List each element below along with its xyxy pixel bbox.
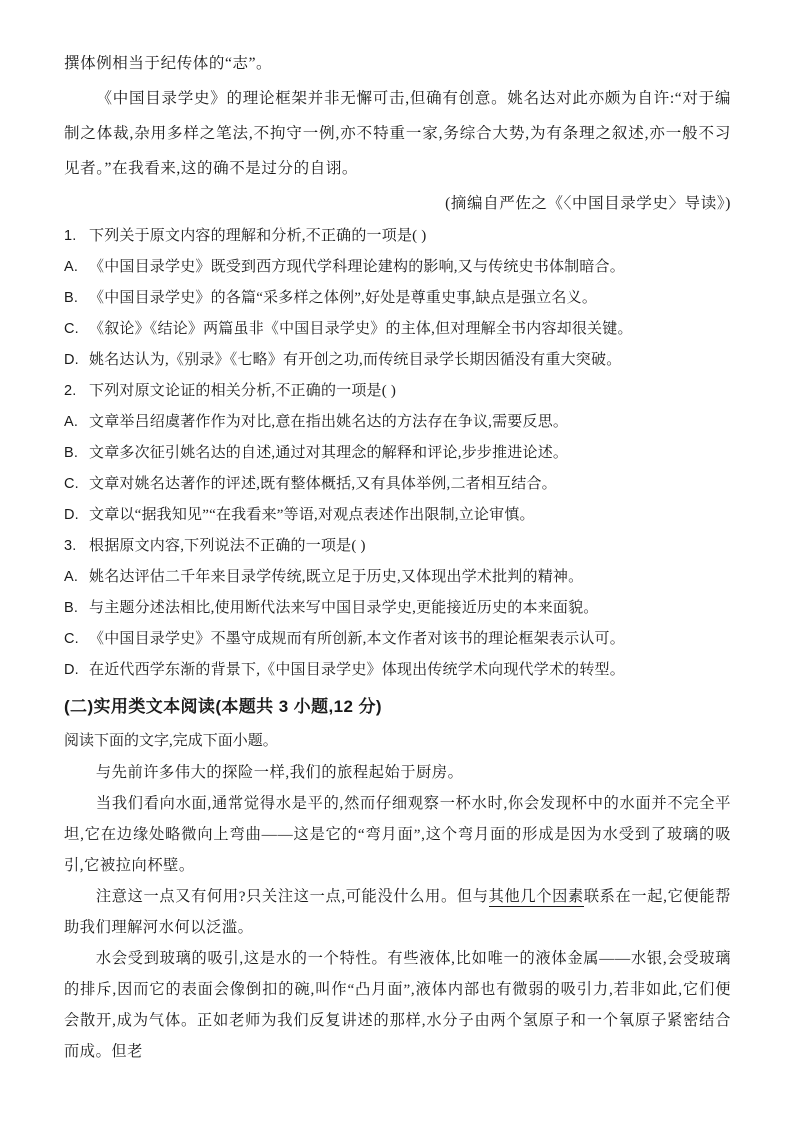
option-text: 文章举吕绍虞著作作为对比,意在指出姚名达的方法存在争议,需要反思。 <box>89 407 731 438</box>
option-text: 《中国目录学史》不墨守成规而有所创新,本文作者对该书的理论框架表示认可。 <box>89 624 731 655</box>
question-number: 2. <box>64 376 89 407</box>
question-3-option-d: D. 在近代西学东渐的背景下,《中国目录学史》体现出传统学术向现代学术的转型。 <box>64 655 731 686</box>
question-3-stem: 3. 根据原文内容,下列说法不正确的一项是( ) <box>64 531 731 562</box>
question-1-option-d: D. 姚名达认为,《别录》《七略》有开创之功,而传统目录学长期因循没有重大突破。 <box>64 345 731 376</box>
question-3-option-b: B. 与主题分述法相比,使用断代法来写中国目录学史,更能接近历史的本来面貌。 <box>64 593 731 624</box>
option-label: D. <box>64 500 89 531</box>
option-text: 《叙论》《结论》两篇虽非《中国目录学史》的主体,但对理解全书内容却很关键。 <box>89 314 731 345</box>
option-label: D. <box>64 345 89 376</box>
question-1-option-b: B. 《中国目录学史》的各篇“采多样之体例”,好处是尊重史事,缺点是强立名义。 <box>64 283 731 314</box>
question-2-stem: 2. 下列对原文论证的相关分析,不正确的一项是( ) <box>64 376 731 407</box>
option-text: 文章多次征引姚名达的自述,通过对其理念的解释和评论,步步推进论述。 <box>89 438 731 469</box>
option-label: A. <box>64 407 89 438</box>
option-text: 与主题分述法相比,使用断代法来写中国目录学史,更能接近历史的本来面貌。 <box>89 593 731 624</box>
section-two: (二)实用类文本阅读(本题共 3 小题,12 分) 阅读下面的文字,完成下面小题… <box>64 688 731 1067</box>
question-3-option-a: A. 姚名达评估二千年来目录学传统,既立足于历史,又体现出学术批判的精神。 <box>64 562 731 593</box>
quote-paragraph: 《中国目录学史》的理论框架并非无懈可击,但确有创意。姚名达对此亦颇为自许:“对于… <box>64 81 731 186</box>
option-text: 《中国目录学史》既受到西方现代学科理论建构的影响,又与传统史书体制暗合。 <box>89 252 731 283</box>
option-label: A. <box>64 252 89 283</box>
question-2-option-b: B. 文章多次征引姚名达的自述,通过对其理念的解释和评论,步步推进论述。 <box>64 438 731 469</box>
question-number: 1. <box>64 221 89 252</box>
option-label: C. <box>64 624 89 655</box>
question-2: 2. 下列对原文论证的相关分析,不正确的一项是( ) A. 文章举吕绍虞著作作为… <box>64 376 731 531</box>
option-text: 在近代西学东渐的背景下,《中国目录学史》体现出传统学术向现代学术的转型。 <box>89 655 731 686</box>
option-label: B. <box>64 283 89 314</box>
question-3: 3. 根据原文内容,下列说法不正确的一项是( ) A. 姚名达评估二千年来目录学… <box>64 531 731 686</box>
passage-paragraph-1: 与先前许多伟大的探险一样,我们的旅程起始于厨房。 <box>64 757 731 788</box>
question-1-stem: 1. 下列关于原文内容的理解和分析,不正确的一项是( ) <box>64 221 731 252</box>
paragraph-3-before: 注意这一点又有何用?只关注这一点,可能没什么用。但与 <box>96 888 489 905</box>
option-label: D. <box>64 655 89 686</box>
question-3-option-c: C. 《中国目录学史》不墨守成规而有所创新,本文作者对该书的理论框架表示认可。 <box>64 624 731 655</box>
option-text: 姚名达评估二千年来目录学传统,既立足于历史,又体现出学术批判的精神。 <box>89 562 731 593</box>
question-2-option-d: D. 文章以“据我知见”“在我看来”等语,对观点表述作出限制,立论审慎。 <box>64 500 731 531</box>
section-heading: (二)实用类文本阅读(本题共 3 小题,12 分) <box>64 688 731 726</box>
question-1: 1. 下列关于原文内容的理解和分析,不正确的一项是( ) A. 《中国目录学史》… <box>64 221 731 376</box>
option-label: C. <box>64 314 89 345</box>
underlined-phrase: 其他几个因素 <box>489 888 584 907</box>
passage-continuation-line: 撰体例相当于纪传体的“志”。 <box>64 46 731 81</box>
option-label: B. <box>64 593 89 624</box>
question-number: 3. <box>64 531 89 562</box>
passage-paragraph-3: 注意这一点又有何用?只关注这一点,可能没什么用。但与其他几个因素联系在一起,它便… <box>64 881 731 943</box>
passage-two: 与先前许多伟大的探险一样,我们的旅程起始于厨房。 当我们看向水面,通常觉得水是平… <box>64 757 731 1067</box>
passage-one-tail: 撰体例相当于纪传体的“志”。 《中国目录学史》的理论框架并非无懈可击,但确有创意… <box>64 46 731 221</box>
option-label: B. <box>64 438 89 469</box>
source-attribution: (摘编自严佐之《〈中国目录学史〉导读》) <box>64 186 731 221</box>
option-text: 《中国目录学史》的各篇“采多样之体例”,好处是尊重史事,缺点是强立名义。 <box>89 283 731 314</box>
question-2-option-a: A. 文章举吕绍虞著作作为对比,意在指出姚名达的方法存在争议,需要反思。 <box>64 407 731 438</box>
option-label: A. <box>64 562 89 593</box>
question-stem-text: 下列关于原文内容的理解和分析,不正确的一项是( ) <box>89 221 731 252</box>
exam-page: 撰体例相当于纪传体的“志”。 《中国目录学史》的理论框架并非无懈可击,但确有创意… <box>0 0 793 1122</box>
question-2-option-c: C. 文章对姚名达著作的评述,既有整体概括,又有具体举例,二者相互结合。 <box>64 469 731 500</box>
question-stem-text: 下列对原文论证的相关分析,不正确的一项是( ) <box>89 376 731 407</box>
question-1-option-c: C. 《叙论》《结论》两篇虽非《中国目录学史》的主体,但对理解全书内容却很关键。 <box>64 314 731 345</box>
passage-paragraph-4: 水会受到玻璃的吸引,这是水的一个特性。有些液体,比如唯一的液体金属——水银,会受… <box>64 943 731 1067</box>
option-text: 文章对姚名达著作的评述,既有整体概括,又有具体举例,二者相互结合。 <box>89 469 731 500</box>
reading-instruction: 阅读下面的文字,完成下面小题。 <box>64 726 731 757</box>
passage-paragraph-2: 当我们看向水面,通常觉得水是平的,然而仔细观察一杯水时,你会发现杯中的水面并不完… <box>64 788 731 881</box>
question-stem-text: 根据原文内容,下列说法不正确的一项是( ) <box>89 531 731 562</box>
option-text: 姚名达认为,《别录》《七略》有开创之功,而传统目录学长期因循没有重大突破。 <box>89 345 731 376</box>
question-1-option-a: A. 《中国目录学史》既受到西方现代学科理论建构的影响,又与传统史书体制暗合。 <box>64 252 731 283</box>
option-label: C. <box>64 469 89 500</box>
option-text: 文章以“据我知见”“在我看来”等语,对观点表述作出限制,立论审慎。 <box>89 500 731 531</box>
